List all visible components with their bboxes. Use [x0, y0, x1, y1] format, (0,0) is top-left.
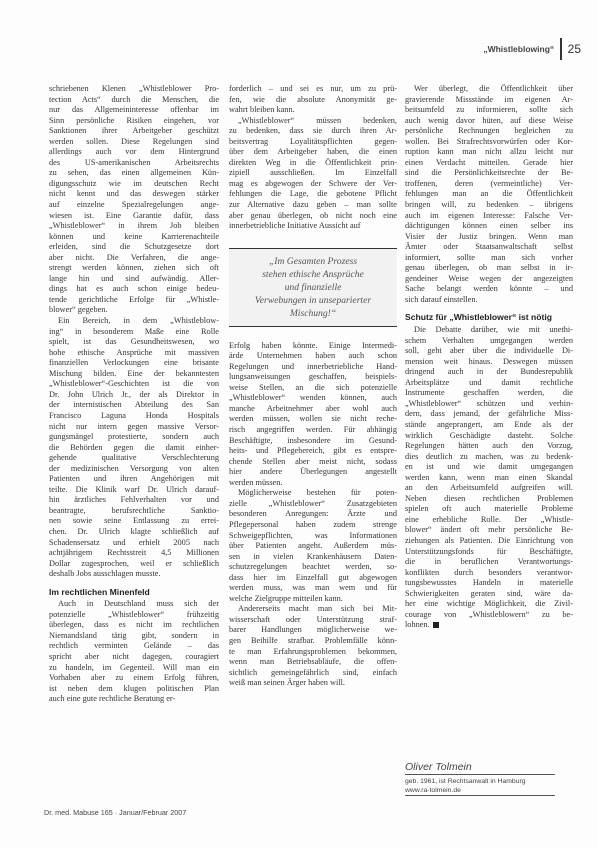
text-line: genau überlegen, ob man selbst in ir- [405, 263, 573, 274]
text-line: Erfolg haben könnte. Einige Intermedi- [229, 341, 397, 352]
text-line: Sinn persönliche Risiken eingehen, vor [49, 116, 219, 127]
text-line: Mischung bilden. Eine der bekanntesten [49, 369, 219, 380]
text-line: nur das Allgemeininteresse offenbar im [49, 105, 219, 116]
text-line: Andererseits macht man sich bei Mit- [229, 604, 397, 615]
text-line: spricht aber nicht dagegen, couragiert [49, 652, 219, 663]
running-title: „Whistleblowing“ [483, 44, 554, 54]
text-line: zipiell ausschließen. Im Einzelfall [229, 168, 397, 179]
text-line: nicht nur intern gegen massive Versor- [49, 422, 219, 433]
text-line: ing“ in besonderem Maße eine Rolle [49, 327, 219, 338]
text-line: mag es abgewogen der Schwere der Ver- [229, 179, 397, 190]
text-line: beantragte, berufsrechtliche Sanktio- [49, 506, 219, 517]
subheading: Im rechtlichen Minenfeld [49, 587, 219, 598]
text-line: auf einzelne Spezialregelungen ange- [49, 200, 219, 211]
text-line: Pflegepersonal haben zudem strenge [229, 520, 397, 531]
text-line: hier andere Überlegungen angestellt [229, 467, 397, 478]
text-line: sind die Persönlichkeitsrechte der Be- [405, 168, 573, 179]
text-line: schutzregelungen beachtet werden, so- [229, 562, 397, 573]
text-line: Schwierigkeiten geraten sind, wäre da- [405, 589, 573, 600]
text-line: forderlich – und sei es nur, um zu prü- [229, 84, 397, 95]
text-line: hohe ethische Ansprüche mit massiven [49, 348, 219, 359]
text-line: soll, geht aber über die individuelle Di… [405, 346, 573, 357]
paragraph: Wer überlegt, die Öffentlichkeit übergra… [405, 84, 573, 305]
text-line: gravierende Missstände im eigenen Ar- [405, 95, 573, 106]
text-line: risch angegriffen werden. Für abhängig [229, 425, 397, 436]
text-line: Unterstützungsfonds für Beschäftigte, [405, 547, 573, 558]
text-line: Möglicherweise bestehen für poten- [229, 488, 397, 499]
subheading: Schutz für „Whistleblower“ ist nötig [405, 312, 573, 323]
text-line: mension weit hinaus. Deswegen müssen [405, 357, 573, 368]
text-line: werden müssen, wollen sie nicht reche- [229, 414, 397, 425]
text-line: finanziellen Verlockungen eine brisante [49, 358, 219, 369]
text-line: „Whistleblower“ wenden können, auch [229, 393, 397, 404]
text-line: Regelungen und innerbetriebliche Hand- [229, 362, 397, 373]
text-line: „Whistleblower“-Geschichten ist die von [49, 379, 219, 390]
text-line: Regelungen hätten auch den Vorzug, [405, 441, 573, 452]
paragraph: Erfolg haben könnte. Einige Intermedi-är… [229, 341, 397, 489]
text-line: zur Alternative dazu geben – man sollte [229, 200, 397, 211]
text-line: werden kann, wenn man einen Skandal [405, 473, 573, 484]
text-line: achtjährigem Rechtsstreit 4,5 Millionen [49, 548, 219, 559]
text-line: potenzielle „Whistleblower“ frühzeitig [49, 610, 219, 621]
text-line: fehlungen die Lage, die gebotene Pflicht [229, 189, 397, 200]
text-line: die in beruflichen Verantwortungs- [405, 557, 573, 568]
text-line: zu sehen, das einen allgemeinen Kün- [49, 168, 219, 179]
author-box: Oliver Tolmein geb. 1961, ist Rechtsanwa… [405, 761, 555, 796]
text-line: an den Arbeitsumfeld aufgreifen will. [405, 483, 573, 494]
column-1: schriebenen Klenen „Whistleblower Pro-te… [49, 84, 219, 705]
text-line: dies deutlich zu machen, was zu bedenk- [405, 452, 573, 463]
text-line: direkten Weg in die Öffentlichkeit prin- [229, 158, 397, 169]
text-line: Niemandsland tätig gibt, sondern in [49, 631, 219, 642]
text-line: schriebenen Klenen „Whistleblower Pro- [49, 84, 219, 95]
text-line: deshalb Jobs ausschlagen musste. [49, 569, 219, 580]
text-line: weiß man seinen Ärger haben will. [229, 678, 397, 689]
text-line: manche Arbeitnehmer aber wohl auch [229, 404, 397, 415]
pull-quote-line: und finanzielle [229, 281, 397, 294]
text-line: lungsanweisungen geschaffen, beispiels- [229, 372, 397, 383]
text-line: Auch in Deutschland muss sich der [49, 599, 219, 610]
text-line: en ist und wie damit umgegangen [405, 462, 573, 473]
author-bio: geb. 1961, ist Rechtsanwalt in Hamburg [405, 778, 555, 785]
text-line: welche Zielgruppe mitteilen kann. [229, 594, 397, 605]
text-line: Beschäftigte, insbesondere im Gesund- [229, 436, 397, 447]
text-line: Patienten und ihren Angehörigen mit [49, 474, 219, 485]
text-line: innerbetriebliche Initiative Aussicht au… [229, 221, 397, 232]
column-3: Wer überlegt, die Öffentlichkeit übergra… [405, 84, 573, 631]
text-line: besonderen Anregungen: Ärzte und [229, 509, 397, 520]
text-line: Instrumente geschaffen werden, die [405, 388, 573, 399]
page-number: 25 [568, 42, 581, 56]
text-line: spielt, ist das Gesundheitswesen, wo [49, 337, 219, 348]
text-line: die Behörden gegen die damit einher- [49, 443, 219, 454]
text-line: können und keine Karrierenachteile [49, 232, 219, 243]
text-line: Ein Bereich, in dem „Whistleblow- [49, 316, 219, 327]
text-line: sen in vielen Krankenhäusern Daten- [229, 552, 397, 563]
text-line: Neben diesen rechtlichen Problemen [405, 494, 573, 505]
text-line: werden sollen. Diese Regelungen sind [49, 137, 219, 148]
text-line: digungsschutz wie im deutschen Recht [49, 179, 219, 190]
text-line: dings hat es auch schon einige bedeu- [49, 284, 219, 295]
text-line: ziehungen als Patienten. Die Einrichtung… [405, 536, 573, 547]
text-line: konflikten durch besonders verantwor- [405, 568, 573, 579]
text-line: ruption kann man nicht allzu leicht nur [405, 147, 573, 158]
text-line: wisserschaft oder Unterstützung straf- [229, 615, 397, 626]
text-line: auch wenig davor hüten, auf diese Weise [405, 116, 573, 127]
text-line: Ämter oder Staatsanwaltschaft selbst [405, 242, 573, 253]
text-line: werden muss, was man wem und für [229, 583, 397, 594]
text-line: Sache belangt werden könnte – und [405, 284, 573, 295]
text-line: fen, wie die absolute Anonymität ge- [229, 95, 397, 106]
text-line: gen Beihilfe strafbar. Problemfälle könn… [229, 636, 397, 647]
paragraph: Ein Bereich, in dem „Whistleblow-ing“ in… [49, 316, 219, 580]
text-line: zu handeln, im Gegenteil. Will man ein [49, 663, 219, 674]
text-line: wahrt bleiben kann. [229, 105, 397, 116]
text-line: Die Debatte darüber, wie mit unethi- [405, 325, 573, 336]
text-line: persönliche Rechnungen begleichen zu [405, 126, 573, 137]
header-divider [560, 38, 562, 60]
text-line: der medizinischen Versorgung von alten [49, 464, 219, 475]
text-line: wirklich Geschädigte dasteht. Solche [405, 431, 573, 442]
text-line: der internistischen Abteilung des San [49, 400, 219, 411]
text-line: rechtlich verminten Gelände – das [49, 641, 219, 652]
text-line: überlegen, dass es nicht im rechtlichen [49, 620, 219, 631]
text-line: lohnen. [405, 620, 573, 631]
text-line: courage von „Whistleblowern“ zu be- [405, 610, 573, 621]
page-footer: Dr. med. Mabuse 165 · Januar/Februar 200… [44, 808, 186, 817]
pull-quote: „Im Gesamten Prozessstehen ethische Ansp… [229, 248, 397, 327]
text-line: gungsmängel protestierte, sondern auch [49, 432, 219, 443]
paragraph: „Whistleblower“ müssen bedenken,zu beden… [229, 116, 397, 232]
pull-quote-line: stehen ethische Ansprüche [229, 268, 397, 281]
text-line: spielen oft auch materielle Probleme [405, 504, 573, 515]
text-line: aber genau überlegen, ob nicht noch eine [229, 211, 397, 222]
text-line: Schadensersatz und erhielt 2005 nach [49, 538, 219, 549]
text-line: Sanktionen ihrer Arbeitgeber geschützt [49, 126, 219, 137]
text-line: zielle „Whistleblower“ Zusatzgebieten [229, 499, 397, 510]
text-line: erleiden, sind die Schutzgesetze dort [49, 242, 219, 253]
text-line: sichtlich gemeingefährlich sind, einfach [229, 668, 397, 679]
text-line: über dem Arbeitgeber haben, die einen [229, 147, 397, 158]
paragraph: forderlich – und sei es nur, um zu prü-f… [229, 84, 397, 116]
text-line: nen sowie seine Entlassung zu errei- [49, 516, 219, 527]
text-line: nicht kennt und das deswegen stärker [49, 189, 219, 200]
text-line: „Whistleblower“ müssen bedenken, [229, 116, 397, 127]
text-line: gehende qualitative Verschlechterung [49, 453, 219, 464]
text-line: hin ärztliches Fehlverhalten vor und [49, 495, 219, 506]
text-line: auch eine gute rechtliche Beratung er- [49, 694, 219, 705]
paragraph: Andererseits macht man sich bei Mit-wiss… [229, 604, 397, 688]
text-line: Arbeitsplätze und damit rechtliche [405, 378, 573, 389]
text-line: lange hin und sind aufwändig. Aller- [49, 274, 219, 285]
text-line: teilte. Die Klinik warf Dr. Ulrich darau… [49, 485, 219, 496]
text-line: ist neben dem klugen politischen Plan [49, 684, 219, 695]
text-line: chen. Dr. Ulrich klagte schließlich auf [49, 527, 219, 538]
end-of-article-mark [433, 622, 439, 628]
text-line: „Whistleblower“ schützen und verhin- [405, 399, 573, 410]
text-line: heits- und Pflegebereich, gibt es entspr… [229, 446, 397, 457]
text-line: Wer überlegt, die Öffentlichkeit über [405, 84, 573, 95]
text-line: tende gerichtliche Erfolge für „Whistle- [49, 295, 219, 306]
text-line: schem Verhalten umgegangen werden [405, 336, 573, 347]
text-line: fehlungen man an die Öffentlichkeit [405, 189, 573, 200]
text-line: gendeiner Weise wegen der angezeigten [405, 274, 573, 285]
pull-quote-line: Verwebungen in unseparierter [229, 294, 397, 307]
text-line: stände angeprangert, am Ende als der [405, 420, 573, 431]
text-line: beitsvertrag Loyalitätspflichten gegen- [229, 137, 397, 148]
text-line: wenn man Betriebsabläufe, die offen- [229, 657, 397, 668]
column-2: forderlich – und sei es nur, um zu prü-f… [229, 84, 397, 689]
text-line: Visier der Justiz bringen. Wenn man [405, 232, 573, 243]
text-line: te man Erfahrungsproblemen bekommen, [229, 647, 397, 658]
text-line: tection Acts“ durch die Menschen, die [49, 95, 219, 106]
text-line: aber nicht. Die Verfahren, die ange- [49, 253, 219, 264]
text-line: weise Stellen, an die sich potenzielle [229, 383, 397, 394]
text-line: barer Handlungen möglicherweise we- [229, 625, 397, 636]
page-header: „Whistleblowing“ 25 [483, 38, 581, 60]
text-line: auch im eigenen Interesse: Falsche Ver- [405, 211, 573, 222]
text-line: blower“ gegeben. [49, 305, 219, 316]
text-line: über Patienten angeht. Außerdem müs- [229, 541, 397, 552]
text-line: allerdings auch vor dem Hintergrund [49, 147, 219, 158]
pull-quote-line: „Im Gesamten Prozess [229, 255, 397, 268]
author-website-link[interactable]: www.ra-tolmein.de [405, 787, 555, 796]
text-line: Francisco Laguna Honda Hospitals [49, 411, 219, 422]
text-line: blower“ ändert oft mehr persönliche Be- [405, 525, 573, 536]
text-line: zu bedenken, dass sie durch ihren Ar- [229, 126, 397, 137]
paragraph: schriebenen Klenen „Whistleblower Pro-te… [49, 84, 219, 316]
text-line: dern, dass jemand, der gefährliche Miss- [405, 409, 573, 420]
text-line: dringend auch in der Bundesrepublik [405, 367, 573, 378]
text-line: des US-amerikanischen Arbeitsrechts [49, 158, 219, 169]
text-line: werden müssen. [229, 478, 397, 489]
pull-quote-line: Mischung!“ [229, 307, 397, 320]
text-line: Dr. John Ulrich Jr., der als Direktor in [49, 390, 219, 401]
text-line: her eine wichtige Möglichkeit, die Zivil… [405, 599, 573, 610]
text-line: eine erhebliche Rolle. Der „Whistle- [405, 515, 573, 526]
text-line: chende Stellen aber meist nicht, sodass [229, 457, 397, 468]
paragraph: Auch in Deutschland muss sich derpotenzi… [49, 599, 219, 704]
text-line: dächtigungen können einen selber ins [405, 221, 573, 232]
text-line: Vorhaben aber zu einem Erfolg führen, [49, 673, 219, 684]
text-line: sich darauf einstellen. [405, 295, 573, 306]
text-line: informiert, sollte man sich vorher [405, 253, 573, 264]
paragraph: Die Debatte darüber, wie mit unethi-sche… [405, 325, 573, 631]
text-line: Dollar zugesprochen, weil er schließlich [49, 559, 219, 570]
text-line: troffenen, deren (vermeintliche) Ver- [405, 179, 573, 190]
text-line: wollen. Bei Strafrechtsvorwürfen oder Ko… [405, 137, 573, 148]
text-line: ärde Unternehmen haben auch schon [229, 351, 397, 362]
text-line: beitsumfeld zu informieren, sollte sich [405, 105, 573, 116]
text-line: „Whistleblower“ in ihrem Job bleiben [49, 221, 219, 232]
text-line: strengt werden können, ziehen sich oft [49, 263, 219, 274]
text-line: einen Verdacht mitteilen. Gerade hier [405, 158, 573, 169]
author-name: Oliver Tolmein [405, 761, 555, 775]
text-line: bringen will, zu bedenken – übrigens [405, 200, 573, 211]
text-line: Schweigepflichten, was Informationen [229, 531, 397, 542]
paragraph: Möglicherweise bestehen für poten-zielle… [229, 488, 397, 604]
text-line: wiesen ist. Eine Garantie dafür, dass [49, 211, 219, 222]
text-line: tungsbewusstes Handeln in materielle [405, 578, 573, 589]
text-line: dass hier im Einzelfall gut abgewogen [229, 573, 397, 584]
